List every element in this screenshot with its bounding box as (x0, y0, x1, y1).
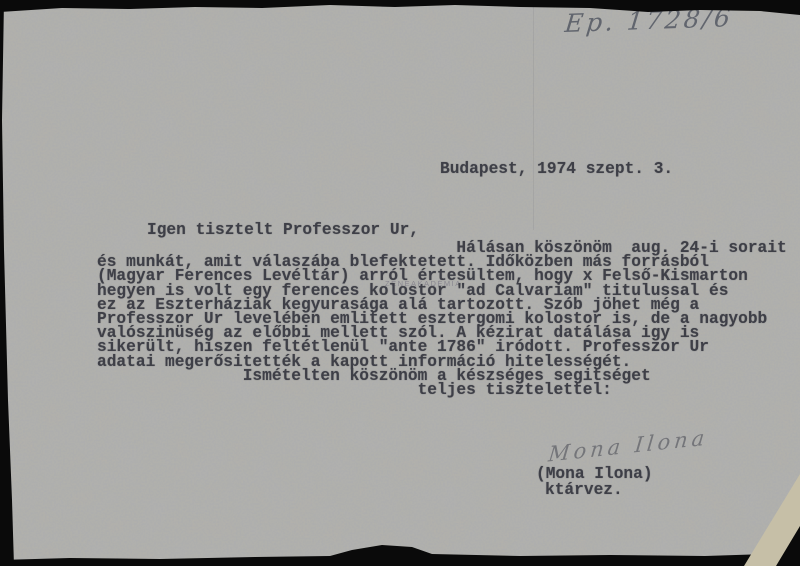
signature-title: ktárvez. (545, 481, 623, 499)
dateline: Budapest, 1974 szept. 3. (440, 160, 673, 178)
paper-crease (533, 0, 534, 230)
letter-paper: Ep. 1728/6 Budapest, 1974 szept. 3. Igen… (0, 0, 800, 566)
letter-body: Hálásan köszönöm aug. 24-i sorait és mun… (97, 241, 787, 397)
salutation: Igen tisztelt Professzor Ur, (147, 221, 419, 239)
signature-handwritten: Mona Ilona (547, 425, 709, 466)
